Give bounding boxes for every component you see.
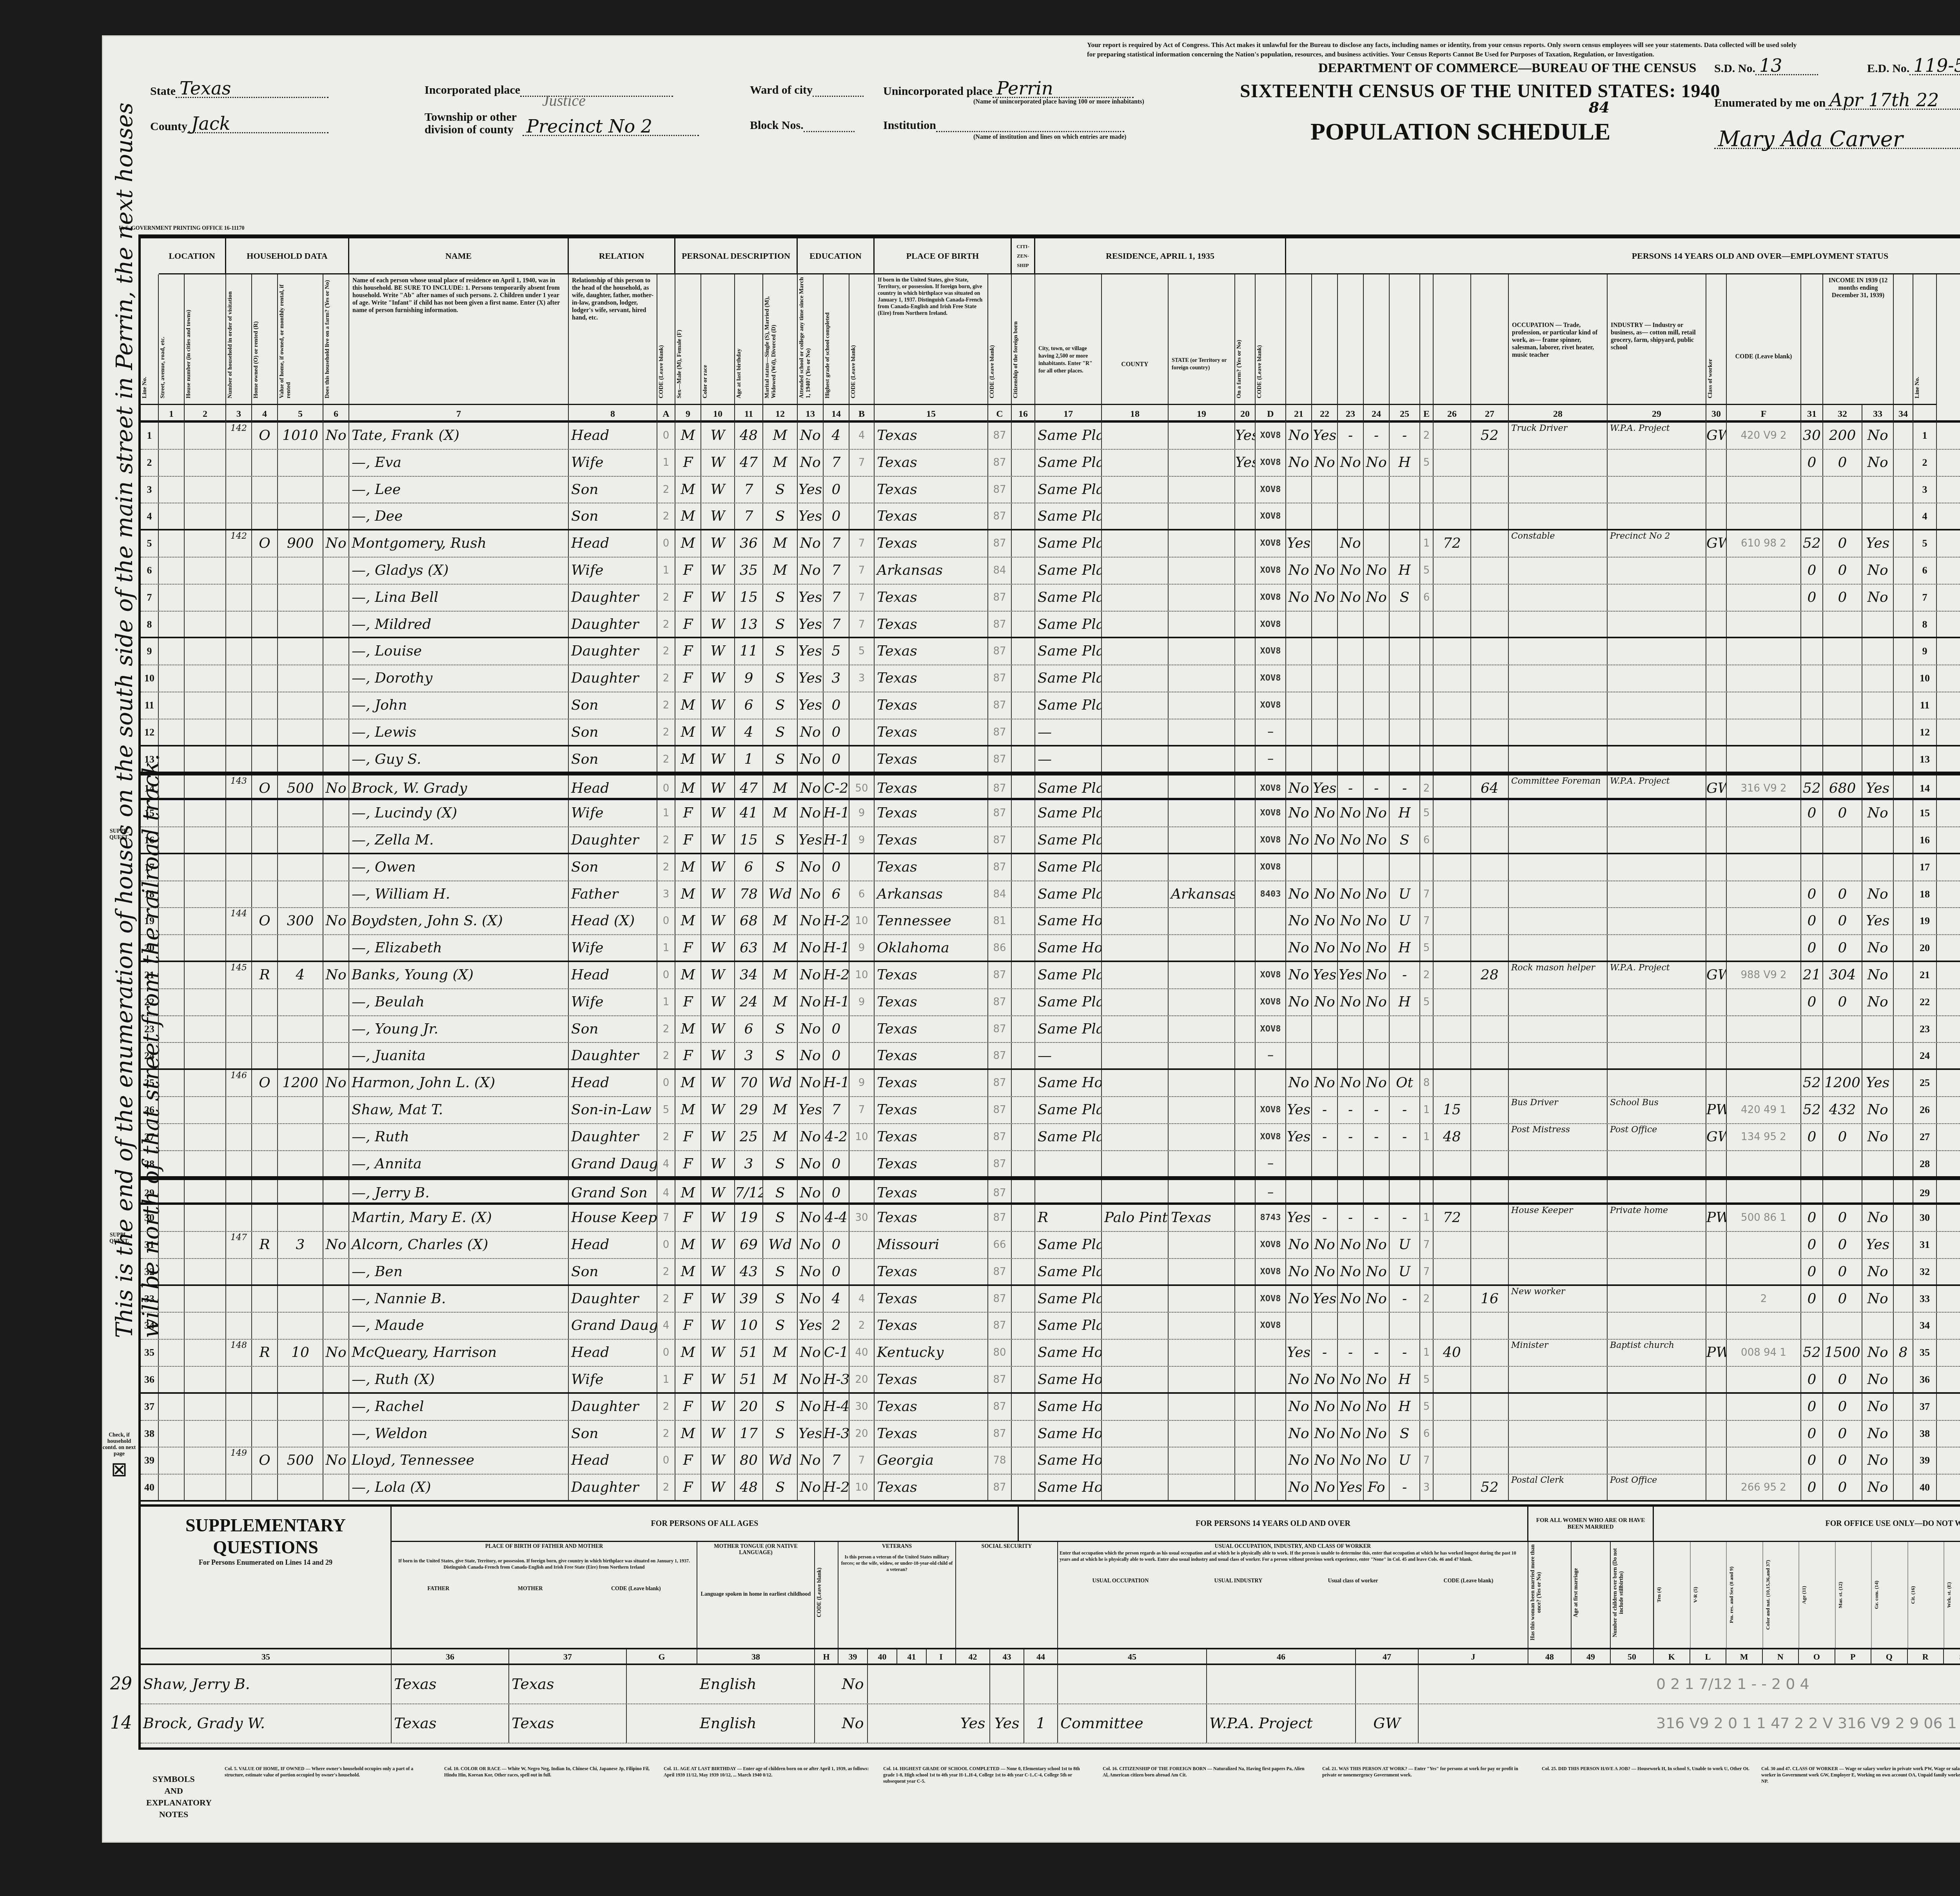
cell-bp: Texas [875, 1475, 988, 1500]
cell-c25 [1390, 1151, 1420, 1177]
cell-value [278, 746, 323, 772]
cell-farm [323, 1151, 349, 1177]
supp-colnum: I [927, 1648, 956, 1665]
cell-sch: No [798, 854, 824, 881]
cell-cls [1706, 585, 1727, 611]
cell-rcty [1102, 450, 1169, 476]
table-row: 28—, AnnitaGrand Daughter4FW3SNo0Texas87… [141, 1151, 1960, 1178]
cell-rst [1169, 450, 1235, 476]
cell-rst [1169, 1043, 1235, 1068]
cell-empty [159, 1124, 185, 1150]
cell-name: —, Annita [349, 1151, 569, 1177]
cell-cit [1012, 1205, 1035, 1231]
cell-race: W [701, 1151, 735, 1177]
cell-c24: No [1364, 1070, 1390, 1096]
cell-cls: PW [1706, 1205, 1727, 1231]
table-row: 32—, BenSon2MW43SNo0Texas87Same PlaceXOV… [141, 1259, 1960, 1286]
office-col-header: Mar. st. (12) [1835, 1542, 1872, 1648]
cell-own [252, 1151, 278, 1177]
cell-ind [1608, 1367, 1706, 1392]
cell-race: W [701, 1259, 735, 1284]
cell-sch: No [798, 423, 824, 449]
cell-race: W [701, 1447, 735, 1474]
cell-occ [1509, 585, 1608, 611]
cell-line: 4 [141, 503, 159, 529]
cell-value [278, 827, 323, 853]
cell-f [1727, 477, 1801, 503]
cell-c22: Yes [1312, 775, 1338, 798]
cell-empty [185, 881, 226, 908]
cell-f: 266 95 2 [1727, 1475, 1801, 1500]
cell-hh [226, 477, 252, 503]
cell-d [1256, 1367, 1286, 1392]
cell-b [849, 854, 875, 881]
note-block: Col. 14. HIGHEST GRADE OF SCHOOL COMPLET… [883, 1765, 1091, 1784]
cell-line: 30 [1913, 1205, 1937, 1231]
cell-c34 [1894, 1259, 1913, 1284]
cell-rc: — [1035, 1043, 1102, 1068]
cell-c22 [1312, 503, 1338, 529]
cell-occ [1509, 638, 1608, 665]
cell-c22 [1312, 746, 1338, 772]
cell-line: 26 [141, 1097, 159, 1123]
cell-c31: 0 [1801, 800, 1823, 826]
cell-own: R [252, 1340, 278, 1366]
cell-name: —, Gladys (X) [349, 558, 569, 584]
cell-cit [1012, 989, 1035, 1015]
cell-c23: No [1338, 827, 1364, 853]
cell-c21 [1286, 1016, 1312, 1042]
cell-name: Banks, Young (X) [349, 962, 569, 988]
cell-empty [185, 558, 226, 584]
cell-cit [1012, 1232, 1035, 1258]
cell-f [1727, 1016, 1801, 1042]
cell-rfarm [1235, 612, 1256, 637]
cell-a: 2 [657, 585, 675, 611]
cell-empty [159, 800, 185, 826]
cell-c24: No [1364, 1367, 1390, 1392]
cell-age: 41 [735, 800, 763, 826]
cell-age: 7 [735, 503, 763, 529]
note-block: Col. 30 and 47. CLASS OF WORKER — Wage o… [1761, 1765, 1960, 1784]
cell-c31 [1801, 477, 1823, 503]
cell-c32 [1823, 477, 1862, 503]
cell-c33 [1862, 854, 1894, 881]
cell-bp: Texas [875, 1313, 988, 1339]
cell-empty [159, 746, 185, 772]
cell-e [1420, 503, 1434, 529]
cell-rel: Head [569, 1447, 657, 1474]
cell-occ: Post Mistress [1509, 1124, 1608, 1150]
cell-empty [185, 692, 226, 719]
supp-colnum: 40 [868, 1648, 897, 1665]
ward-value [813, 80, 864, 97]
colnum: 32 [1823, 404, 1862, 423]
supp-header-code-h: CODE (Leave blank) [815, 1542, 838, 1648]
cell-c24: - [1364, 1205, 1390, 1231]
cell-occ [1509, 612, 1608, 637]
cell-c24: No [1364, 450, 1390, 476]
cell-c21: No [1286, 423, 1312, 449]
supp-colnum: Q [1871, 1648, 1908, 1665]
cell-c26: 48 [1434, 1124, 1471, 1150]
cell-a: 0 [657, 1232, 675, 1258]
cell-c22: No [1312, 1421, 1338, 1447]
cell-f: 008 94 1 [1727, 1340, 1801, 1366]
cell-b [849, 692, 875, 719]
cell-ind [1608, 1151, 1706, 1177]
cell-sch: No [798, 1205, 824, 1231]
cell-c27 [1471, 1016, 1509, 1042]
cell-rel: Son [569, 503, 657, 529]
supp-row-line-left: 29 [105, 1665, 137, 1703]
cell-line: 38 [141, 1421, 159, 1447]
header-res-farm: On a farm? (Yes or No) [1235, 274, 1256, 404]
cell-c27: 52 [1471, 1475, 1509, 1500]
cell-c: 87 [988, 1070, 1012, 1096]
cell-cit [1012, 1070, 1035, 1096]
cell-c21: No [1286, 1070, 1312, 1096]
cell-c31: 0 [1801, 1205, 1823, 1231]
cell-ind: W.P.A. Project [1608, 775, 1706, 798]
cell-empty [159, 423, 185, 449]
cell-rcty [1102, 585, 1169, 611]
cell-empty [159, 477, 185, 503]
cell-rel: Head [569, 1232, 657, 1258]
cell-c: 87 [988, 1259, 1012, 1284]
cell-c22: No [1312, 1259, 1338, 1284]
cell-c: 87 [988, 854, 1012, 881]
cell-c34 [1894, 989, 1913, 1015]
cell-a: 1 [657, 800, 675, 826]
cell-c31: 0 [1801, 1394, 1823, 1420]
cell-line: 17 [141, 854, 159, 881]
header-industry: INDUSTRY — Industry or business, as— cot… [1608, 274, 1706, 404]
supp-colnum: M [1726, 1648, 1763, 1665]
cell-c32: 0 [1823, 908, 1862, 934]
cell-rfarm [1235, 692, 1256, 719]
cell-line: 40 [1913, 1475, 1937, 1500]
cell-cit [1012, 558, 1035, 584]
block-value [804, 115, 855, 132]
cell-e: 2 [1420, 423, 1434, 449]
cell-c26 [1434, 1180, 1471, 1202]
cell-empty [159, 775, 185, 798]
cell-c22 [1312, 1016, 1338, 1042]
cell-sex: F [675, 1151, 701, 1177]
cell-c31 [1801, 503, 1823, 529]
header-citizenship: Citizenship of the foreign born [1012, 274, 1035, 404]
cell-e [1420, 746, 1434, 772]
cell-race: W [701, 989, 735, 1015]
unincorporated-place-value: Perrin [993, 80, 1134, 98]
cell-d [1256, 1447, 1286, 1474]
cell-rcty [1102, 881, 1169, 908]
cell-farm [323, 827, 349, 853]
cell-bp: Arkansas [875, 881, 988, 908]
supp-colnum: 37 [509, 1648, 627, 1665]
cell-own [252, 585, 278, 611]
cell-c27: 16 [1471, 1286, 1509, 1312]
cell-hh [226, 1421, 252, 1447]
cell-age: 70 [735, 1070, 763, 1096]
supp-colnum: L [1690, 1648, 1727, 1665]
cell-c24 [1364, 503, 1390, 529]
cell-c26 [1434, 477, 1471, 503]
cell-empty [159, 1180, 185, 1202]
cell-c22: No [1312, 558, 1338, 584]
cell-farm [323, 719, 349, 745]
cell-rc: Same Place [1035, 665, 1102, 692]
cell-farm [323, 558, 349, 584]
cell-d: XOV8 [1256, 558, 1286, 584]
cell-sch: No [798, 881, 824, 908]
cell-f [1727, 800, 1801, 826]
cell-ms: S [763, 585, 798, 611]
cell-c26 [1434, 665, 1471, 692]
cell-cls [1706, 1286, 1727, 1312]
cell-c: 87 [988, 692, 1012, 719]
cell-c22: No [1312, 800, 1338, 826]
cell-c34 [1894, 1367, 1913, 1392]
supp-group-14-over: FOR PERSONS 14 YEARS OLD AND OVER [1019, 1507, 1528, 1542]
cell-own [252, 665, 278, 692]
colnum: D [1256, 404, 1286, 423]
cell-c32: 0 [1823, 558, 1862, 584]
cell-a: 4 [657, 1313, 675, 1339]
cell-ind [1608, 1447, 1706, 1474]
cell-value [278, 1367, 323, 1392]
cell-hh: 149 [226, 1447, 252, 1474]
cell-cit [1012, 1043, 1035, 1068]
cell-c25: - [1390, 1097, 1420, 1123]
cell-c: 87 [988, 1475, 1012, 1500]
cell-c32: 0 [1823, 1124, 1862, 1150]
cell-ind: W.P.A. Project [1608, 423, 1706, 449]
cell-rfarm [1235, 1124, 1256, 1150]
cell-occ [1509, 908, 1608, 934]
cell-c33 [1862, 746, 1894, 772]
cell-own [252, 1259, 278, 1284]
cell-c33: No [1862, 1205, 1894, 1231]
cell-c34 [1894, 1124, 1913, 1150]
cell-rst [1169, 1180, 1235, 1202]
cell-c26 [1434, 775, 1471, 798]
cell-c32: 1200 [1823, 1070, 1862, 1096]
cell-c23: - [1338, 1205, 1364, 1231]
colnum: 31 [1801, 404, 1823, 423]
cell-age: 29 [735, 1097, 763, 1123]
cell-c25: S [1390, 1421, 1420, 1447]
cell-cit [1012, 1286, 1035, 1312]
cell-c23: No [1338, 558, 1364, 584]
cell-c27 [1471, 1340, 1509, 1366]
header-class: Class of worker [1706, 274, 1727, 404]
header-col-24 [1364, 274, 1390, 404]
cell-farm [323, 1421, 349, 1447]
cell-c22: - [1312, 1340, 1338, 1366]
cell-cls [1706, 908, 1727, 934]
cell-rfarm [1235, 1232, 1256, 1258]
cell-hh: 148 [226, 1340, 252, 1366]
cell-name: McQueary, Harrison [349, 1340, 569, 1366]
cell-empty [185, 827, 226, 853]
cell-age: 69 [735, 1232, 763, 1258]
cell-f [1727, 612, 1801, 637]
cell-f [1727, 638, 1801, 665]
cell-c27 [1471, 1205, 1509, 1231]
cell-rcty [1102, 962, 1169, 988]
supp-group-office: FOR OFFICE USE ONLY—DO NOT WRITE IN THES… [1654, 1507, 1960, 1542]
cell-own [252, 638, 278, 665]
cell-e [1420, 1016, 1434, 1042]
cell-age: 6 [735, 854, 763, 881]
cell-c23: No [1338, 908, 1364, 934]
cell-c34 [1894, 638, 1913, 665]
cell-c26 [1434, 1475, 1471, 1500]
cell-c22 [1312, 665, 1338, 692]
cell-d: — [1256, 746, 1286, 772]
cell-name: —, Louise [349, 638, 569, 665]
cell-c31: 52 [1801, 1340, 1823, 1366]
cell-gr: H-3 [824, 1421, 849, 1447]
cell-b: 20 [849, 1421, 875, 1447]
colnum: 17 [1035, 404, 1102, 423]
cell-c26 [1434, 827, 1471, 853]
cell-empty [185, 854, 226, 881]
supp-cell-name: Shaw, Jerry B. [141, 1665, 392, 1703]
table-row: 13—, Guy S.Son2MW1SNo0Texas87——13 [141, 746, 1960, 774]
cell-c26 [1434, 719, 1471, 745]
header-res-city: City, town, or village having 2,500 or m… [1035, 274, 1102, 404]
cell-rcty [1102, 665, 1169, 692]
cell-value: 10 [278, 1340, 323, 1366]
header-race: Color or race [701, 274, 735, 404]
table-row: 20—, ElizabethWife1FW63MNoH-19Oklahoma86… [141, 935, 1960, 962]
cell-rc: Same Place [1035, 775, 1102, 798]
cell-c23: - [1338, 1097, 1364, 1123]
cell-c: 86 [988, 935, 1012, 961]
cell-rst [1169, 1447, 1235, 1474]
cell-c31: 0 [1801, 1367, 1823, 1392]
cell-sex: M [675, 881, 701, 908]
cell-rfarm [1235, 800, 1256, 826]
office-col-header: Wrk. st. (E) [1944, 1542, 1960, 1648]
cell-c31: 0 [1801, 1421, 1823, 1447]
cell-b: 7 [849, 450, 875, 476]
supp-cell-cls: GW [1356, 1704, 1419, 1743]
cell-ms: M [763, 775, 798, 798]
colnum: 9 [675, 404, 701, 423]
cell-line: 14 [1913, 775, 1937, 798]
cell-hh [226, 450, 252, 476]
supp-header-office: Ten (4)V-R (5)Pm. res. and Sex (8 and 9)… [1654, 1542, 1960, 1648]
cell-age: 15 [735, 585, 763, 611]
cell-farm [323, 503, 349, 529]
cell-empty [185, 1340, 226, 1366]
cell-c31 [1801, 1180, 1823, 1202]
cell-c: 87 [988, 477, 1012, 503]
cell-ind [1608, 908, 1706, 934]
cell-bp: Texas [875, 1124, 988, 1150]
header-code-d: CODE (Leave blank) [1256, 274, 1286, 404]
cell-c: 87 [988, 450, 1012, 476]
household-continued-checkbox[interactable]: ☒ [102, 1467, 136, 1474]
cell-c21 [1286, 1043, 1312, 1068]
cell-c26: 15 [1434, 1097, 1471, 1123]
cell-c27 [1471, 881, 1509, 908]
cell-c: 80 [988, 1340, 1012, 1366]
cell-ms: Wd [763, 1447, 798, 1474]
cell-farm [323, 692, 349, 719]
colnum: C [988, 404, 1012, 423]
department-title: DEPARTMENT OF COMMERCE—BUREAU OF THE CEN… [1318, 61, 1696, 76]
cell-age: 4 [735, 719, 763, 745]
cell-c: 87 [988, 800, 1012, 826]
cell-empty [185, 962, 226, 988]
cell-line: 22 [1913, 989, 1937, 1015]
cell-c25: - [1390, 423, 1420, 449]
cell-rcty: Palo Pinto [1102, 1205, 1169, 1231]
cell-c25 [1390, 746, 1420, 772]
cell-c24: No [1364, 1394, 1390, 1420]
cell-empty [185, 665, 226, 692]
cell-c33: No [1862, 1097, 1894, 1123]
colnum: 29 [1608, 404, 1706, 423]
cell-cls [1706, 989, 1727, 1015]
cell-rcty [1102, 1447, 1169, 1474]
header-name: Name of each person whose usual place of… [349, 274, 569, 404]
cell-c21: No [1286, 935, 1312, 961]
cell-race: W [701, 962, 735, 988]
cell-c25 [1390, 665, 1420, 692]
cell-value [278, 1151, 323, 1177]
cell-sex: F [675, 1286, 701, 1312]
cell-c21: No [1286, 1286, 1312, 1312]
cell-c23: No [1338, 1286, 1364, 1312]
cell-hh [226, 1394, 252, 1420]
colnum: 18 [1102, 404, 1169, 423]
cell-occ [1509, 692, 1608, 719]
cell-c34 [1894, 1313, 1913, 1339]
cell-c31 [1801, 612, 1823, 637]
cell-bp: Texas [875, 1394, 988, 1420]
cell-age: 51 [735, 1367, 763, 1392]
cell-own [252, 1367, 278, 1392]
cell-e: 7 [1420, 1447, 1434, 1474]
cell-b: 10 [849, 962, 875, 988]
cell-sch: No [798, 1367, 824, 1392]
cell-rfarm [1235, 1313, 1256, 1339]
cell-race: W [701, 1367, 735, 1392]
cell-line: 1 [141, 423, 159, 449]
cell-e [1420, 692, 1434, 719]
cell-name: —, Zella M. [349, 827, 569, 853]
supp-colnum: 48 [1528, 1648, 1572, 1665]
cell-ind: W.P.A. Project [1608, 962, 1706, 988]
cell-c27 [1471, 908, 1509, 934]
cell-a: 2 [657, 1043, 675, 1068]
cell-hh [226, 1097, 252, 1123]
cell-sch: No [798, 1286, 824, 1312]
supp-colnum: 46 [1207, 1648, 1356, 1665]
supp-colnum: 38 [697, 1648, 815, 1665]
note-block: Col. 5. VALUE OF HOME, IF OWNED — Where … [225, 1765, 432, 1778]
cell-bp: Texas [875, 746, 988, 772]
cell-f [1727, 746, 1801, 772]
cell-a: 2 [657, 692, 675, 719]
cell-empty [185, 1097, 226, 1123]
